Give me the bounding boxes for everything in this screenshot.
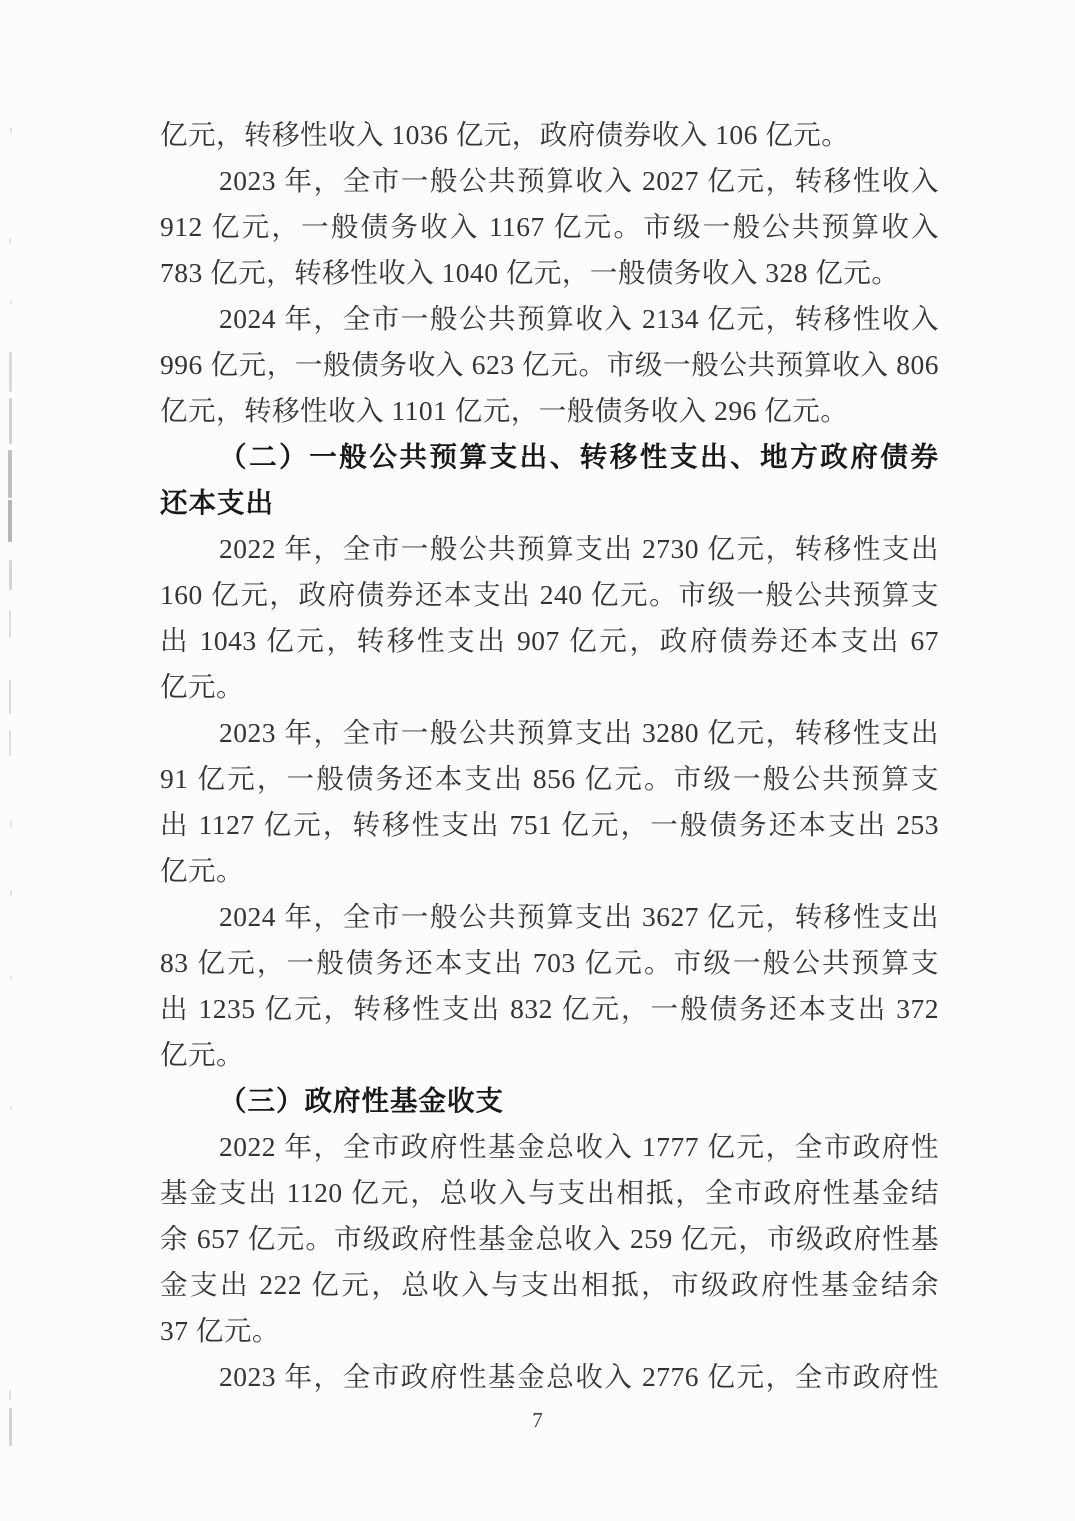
- text-line: 2023 年，全市政府性基金总收入 2776 亿元，全市政府性: [160, 1354, 939, 1400]
- scan-noise: [9, 560, 12, 590]
- text-line: 2024 年，全市一般公共预算支出 3627 亿元，转移性支出: [160, 894, 939, 940]
- page-number: 7: [0, 1402, 1075, 1438]
- text-line: 亿元。: [160, 848, 939, 894]
- scan-noise: [9, 238, 11, 244]
- paragraph: 2024 年，全市一般公共预算收入 2134 亿元，转移性收入996 亿元，一般…: [160, 296, 939, 434]
- scan-noise: [9, 352, 12, 392]
- paragraph: 2024 年，全市一般公共预算支出 3627 亿元，转移性支出83 亿元，一般债…: [160, 894, 939, 1078]
- paragraph: 2022 年，全市政府性基金总收入 1777 亿元，全市政府性基金支出 1120…: [160, 1124, 939, 1354]
- scan-noise: [8, 500, 12, 542]
- text-line: 783 亿元，转移性收入 1040 亿元，一般债务收入 328 亿元。: [160, 250, 939, 296]
- paragraph: 亿元，转移性收入 1036 亿元，政府债券收入 106 亿元。: [160, 112, 939, 158]
- text-line: 2023 年，全市一般公共预算支出 3280 亿元，转移性支出: [160, 710, 939, 756]
- section-heading: （三）政府性基金收支: [160, 1078, 939, 1124]
- scan-noise: [9, 398, 12, 444]
- text-line: 亿元，转移性收入 1036 亿元，政府债券收入 106 亿元。: [160, 112, 939, 158]
- text-line: 2022 年，全市一般公共预算支出 2730 亿元，转移性支出: [160, 526, 939, 572]
- paragraph: 2023 年，全市一般公共预算支出 3280 亿元，转移性支出91 亿元，一般债…: [160, 710, 939, 894]
- text-line: 金支出 222 亿元，总收入与支出相抵，市级政府性基金结余: [160, 1262, 939, 1308]
- text-line: 亿元，转移性收入 1101 亿元，一般债务收入 296 亿元。: [160, 388, 939, 434]
- text-column: 亿元，转移性收入 1036 亿元，政府债券收入 106 亿元。2023 年，全市…: [160, 112, 939, 1400]
- paragraph: 2023 年，全市一般公共预算收入 2027 亿元，转移性收入912 亿元，一般…: [160, 158, 939, 296]
- text-line: 2022 年，全市政府性基金总收入 1777 亿元，全市政府性: [160, 1124, 939, 1170]
- paragraph: 2022 年，全市一般公共预算支出 2730 亿元，转移性支出160 亿元，政府…: [160, 526, 939, 710]
- scan-noise: [9, 1390, 11, 1400]
- text-line: 912 亿元，一般债务收入 1167 亿元。市级一般公共预算收入: [160, 204, 939, 250]
- text-line: 还本支出: [160, 480, 939, 526]
- text-line: （三）政府性基金收支: [160, 1078, 939, 1124]
- text-line: 160 亿元，政府债券还本支出 240 亿元。市级一般公共预算支: [160, 572, 939, 618]
- scan-noise: [9, 610, 11, 638]
- scan-noise: [10, 128, 12, 133]
- text-line: 83 亿元，一般债务还本支出 703 亿元。市级一般公共预算支: [160, 940, 939, 986]
- section-heading: （二）一般公共预算支出、转移性支出、地方政府债券还本支出: [160, 434, 939, 526]
- scan-noise: [9, 680, 11, 714]
- text-line: 余 657 亿元。市级政府性基金总收入 259 亿元，市级政府性基: [160, 1216, 939, 1262]
- text-line: 基金支出 1120 亿元，总收入与支出相抵，全市政府性基金结: [160, 1170, 939, 1216]
- scan-noise: [10, 300, 12, 305]
- scan-noise: [10, 820, 12, 828]
- text-line: 出 1127 亿元，转移性支出 751 亿元，一般债务还本支出 253: [160, 802, 939, 848]
- text-line: 亿元。: [160, 664, 939, 710]
- scan-noise: [9, 730, 11, 756]
- text-line: 出 1043 亿元，转移性支出 907 亿元，政府债券还本支出 67: [160, 618, 939, 664]
- text-line: 2023 年，全市一般公共预算收入 2027 亿元，转移性收入: [160, 158, 939, 204]
- scan-noise: [10, 1105, 12, 1110]
- text-line: 出 1235 亿元，转移性支出 832 亿元，一般债务还本支出 372: [160, 986, 939, 1032]
- text-line: 2024 年，全市一般公共预算收入 2134 亿元，转移性收入: [160, 296, 939, 342]
- scan-noise: [10, 890, 12, 896]
- text-line: 亿元。: [160, 1032, 939, 1078]
- paragraph: 2023 年，全市政府性基金总收入 2776 亿元，全市政府性: [160, 1354, 939, 1400]
- text-line: 37 亿元。: [160, 1308, 939, 1354]
- scan-noise: [8, 450, 12, 498]
- text-line: 996 亿元，一般债务收入 623 亿元。市级一般公共预算收入 806: [160, 342, 939, 388]
- text-line: 91 亿元，一般债务还本支出 856 亿元。市级一般公共预算支: [160, 756, 939, 802]
- text-line: （二）一般公共预算支出、转移性支出、地方政府债券: [160, 434, 939, 480]
- scan-noise: [10, 975, 12, 980]
- document-page: 亿元，转移性收入 1036 亿元，政府债券收入 106 亿元。2023 年，全市…: [0, 0, 1075, 1521]
